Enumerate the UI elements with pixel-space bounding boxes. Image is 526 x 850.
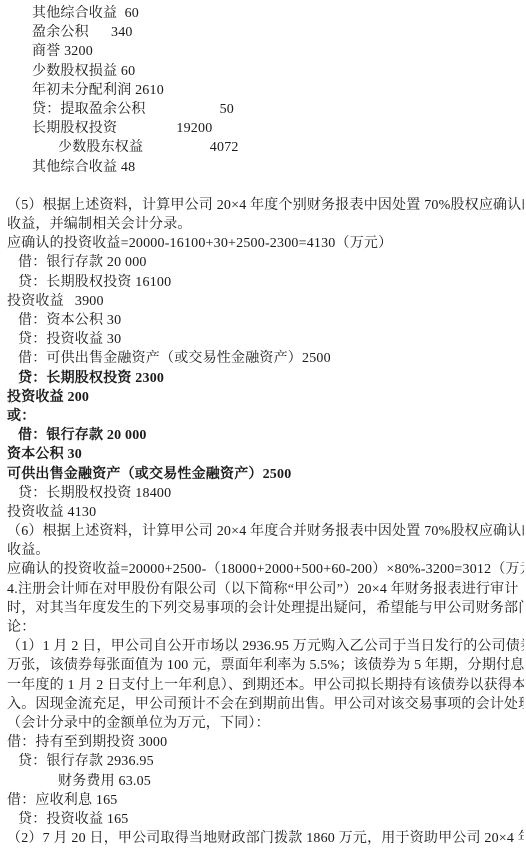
- text-line: 贷：长期股权投资 18400: [18, 484, 524, 503]
- text-line: 其他综合收益 60: [32, 4, 524, 23]
- text-line: （5）根据上述资料，计算甲公司 20×4 年度个别财务报表中因处置 70%股权应…: [7, 196, 524, 215]
- text-line: 贷：长期股权投资 2300: [18, 369, 524, 388]
- text-line: 其他综合收益 48: [32, 158, 524, 177]
- text-line: 贷：长期股权投资 16100: [18, 273, 524, 292]
- text-line: 投资收益 3900: [7, 292, 524, 311]
- text-line: 论：: [7, 618, 524, 637]
- text-line: 应确认的投资收益=20000-16100+30+2500-2300=4130（万…: [7, 234, 524, 253]
- text-line: 盈余公积 340: [32, 23, 524, 42]
- text-line: （会计分录中的金额单位为万元，下同）：: [7, 714, 524, 733]
- text-line: 贷：银行存款 2936.95: [18, 752, 524, 771]
- text-line: 万张，该债券每张面值为 100 元，票面年利率为 5.5%；该债券为 5 年期，…: [7, 656, 524, 675]
- text-line: 借：银行存款 20 000: [18, 253, 524, 272]
- text-line: [7, 177, 524, 196]
- text-line: （6）根据上述资料，计算甲公司 20×4 年度合并财务报表中因处置 70%股权应…: [7, 522, 524, 541]
- text-line: 财务费用 63.05: [58, 772, 524, 791]
- text-line: 时，对其当年度发生的下列交易事项的会计处理提出疑问，希望能与甲公司财务部门讨: [7, 599, 524, 618]
- text-line: 投资收益 200: [7, 388, 524, 407]
- text-line: 投资收益 4130: [7, 503, 524, 522]
- text-line: （1）1 月 2 日，甲公司自公开市场以 2936.95 万元购入乙公司于当日发…: [7, 637, 524, 656]
- text-line: 贷：投资收益 165: [18, 810, 524, 829]
- text-line: 收益，并编制相关会计分录。: [7, 215, 524, 234]
- document-page: 其他综合收益 60盈余公积 340商誉 3200少数股权损益 60年初未分配利润…: [0, 0, 526, 850]
- text-line: 收益。: [7, 541, 524, 560]
- text-line: 应确认的投资收益=20000+2500-（18000+2000+500+60-2…: [7, 560, 524, 579]
- text-line: 商誉 3200: [32, 42, 524, 61]
- text-line: 年初未分配利润 2610: [32, 81, 524, 100]
- text-line: 一年度的 1 月 2 日支付上一年利息）、到期还本。甲公司拟长期持有该债券以获得…: [7, 676, 524, 695]
- document-body: 其他综合收益 60盈余公积 340商誉 3200少数股权损益 60年初未分配利润…: [7, 4, 524, 848]
- text-line: 少数股权损益 60: [32, 62, 524, 81]
- text-line: 4.注册会计师在对甲股份有限公司（以下简称“甲公司”）20×4 年财务报表进行审…: [7, 580, 524, 599]
- text-line: 借：银行存款 20 000: [18, 426, 524, 445]
- text-line: 可供出售金融资产（或交易性金融资产）2500: [7, 465, 524, 484]
- text-line: 借：可供出售金融资产（或交易性金融资产）2500: [18, 349, 524, 368]
- text-line: 长期股权投资 19200: [32, 119, 524, 138]
- text-line: （2）7 月 20 日，甲公司取得当地财政部门拨款 1860 万元，用于资助甲公…: [7, 829, 524, 848]
- text-line: 或：: [7, 407, 524, 426]
- text-line: 借：持有至到期投资 3000: [7, 733, 524, 752]
- text-line: 资本公积 30: [7, 445, 524, 464]
- text-line: 入。因现金流充足，甲公司预计不会在到期前出售。甲公司对该交易事项的会计处理如下: [7, 695, 524, 714]
- text-line: 贷：投资收益 30: [18, 330, 524, 349]
- text-line: 借：应收利息 165: [7, 791, 524, 810]
- text-line: 少数股东权益 4072: [58, 138, 524, 157]
- text-line: 贷：提取盈余公积 50: [32, 100, 524, 119]
- text-line: 借：资本公积 30: [18, 311, 524, 330]
